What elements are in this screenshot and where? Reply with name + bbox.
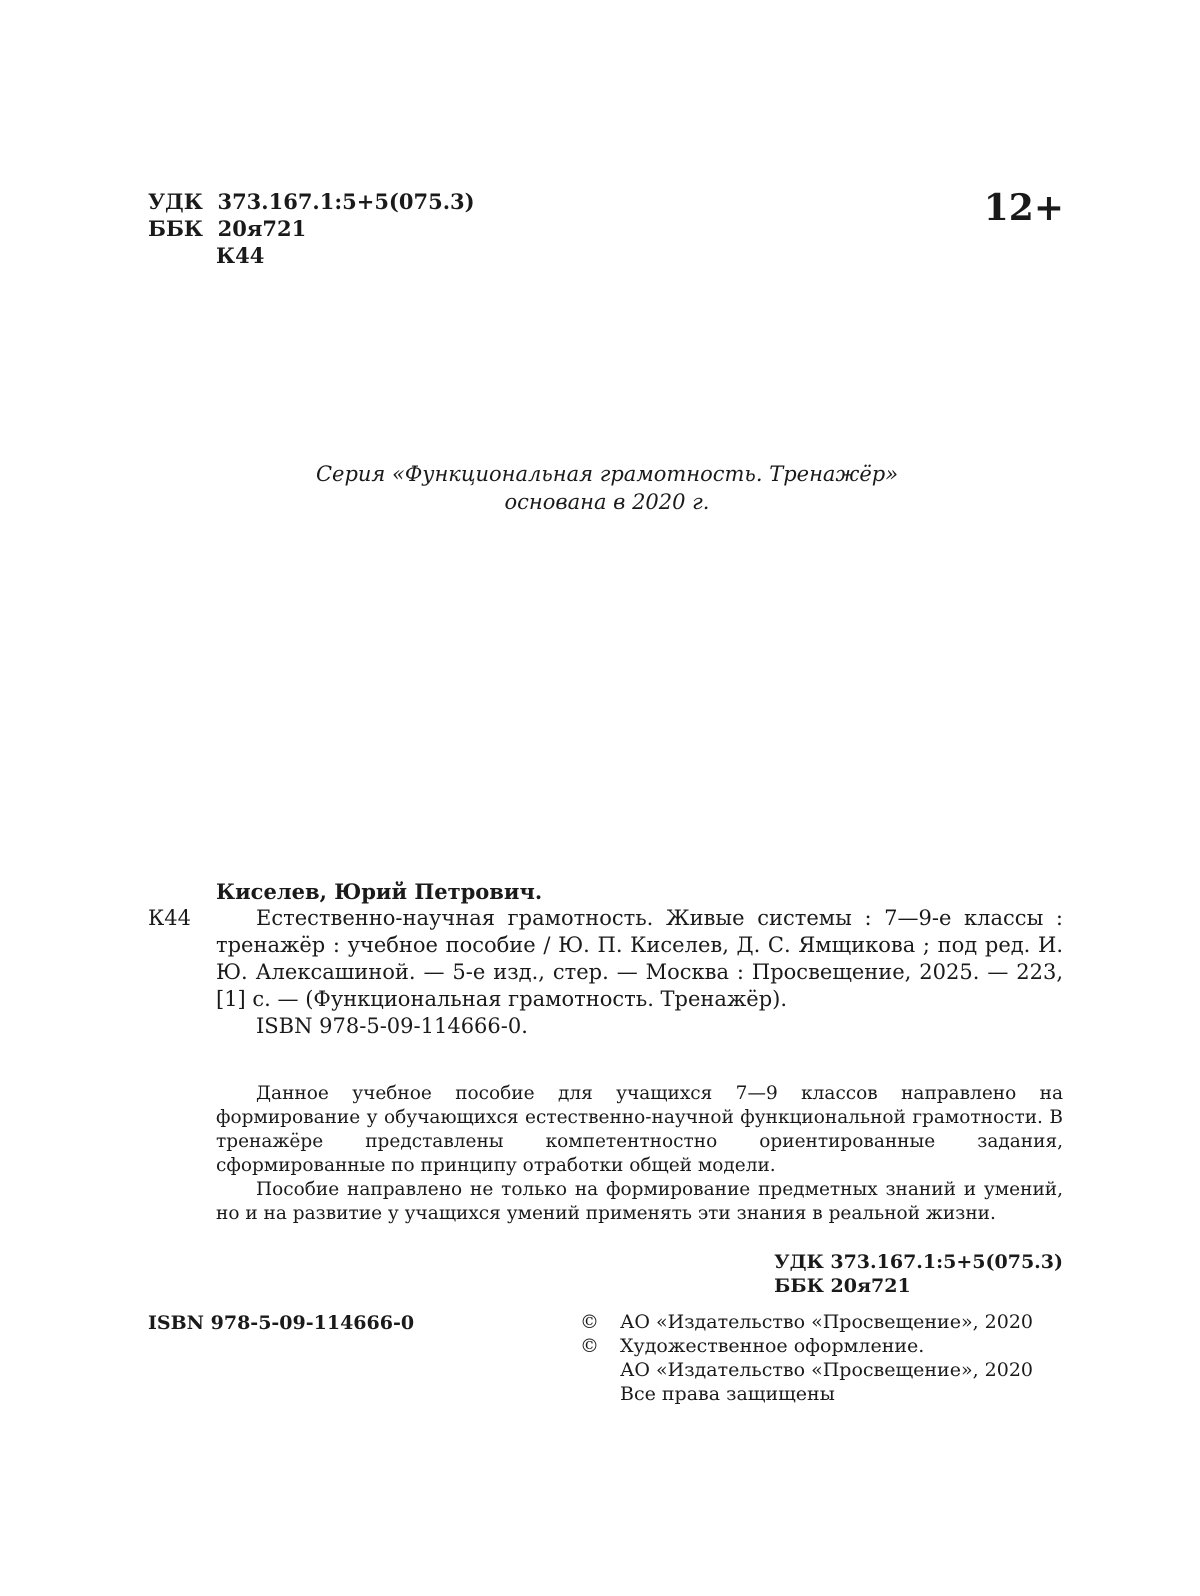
copyright-line: © Художественное оформление.: [580, 1334, 1070, 1358]
entry-isbn: ISBN 978-5-09-114666-0.: [148, 1013, 1063, 1040]
annotation-paragraph: Данное учебное пособие для учащихся 7—9 …: [216, 1082, 1063, 1178]
age-rating: 12+: [984, 188, 1064, 228]
classification-block: УДК 373.167.1:5+5(075.3) ББК 20я721: [774, 1250, 1063, 1298]
bbk-row: ББК 20я721: [148, 215, 475, 242]
udc-row: УДК 373.167.1:5+5(075.3): [148, 188, 475, 215]
series-line-1: Серия «Функциональная грамотность. Трена…: [0, 460, 1200, 488]
entry-description: Естественно-научная грамотность. Живые с…: [216, 905, 1063, 1013]
bbk-value: 20я721: [218, 216, 307, 241]
copyright-line: АО «Издательство «Просвещение», 2020: [580, 1358, 1070, 1382]
bbk-label: ББК: [148, 216, 203, 241]
series-line-2: основана в 2020 г.: [0, 488, 1200, 516]
entry-author-mark: К44: [148, 905, 216, 1013]
bbk-code: ББК 20я721: [774, 1274, 1063, 1298]
series-note: Серия «Функциональная грамотность. Трена…: [0, 460, 1200, 516]
annotation: Данное учебное пособие для учащихся 7—9 …: [216, 1082, 1063, 1226]
annotation-paragraph: Пособие направлено не только на формиров…: [216, 1178, 1063, 1226]
copyright-block: © АО «Издательство «Просвещение», 2020 ©…: [580, 1310, 1070, 1406]
copyright-icon: ©: [580, 1334, 620, 1358]
copyright-line: Все права защищены: [580, 1382, 1070, 1406]
udc-label: УДК: [148, 189, 203, 214]
footer-isbn: ISBN 978-5-09-114666-0: [148, 1312, 414, 1334]
copyright-line: © АО «Издательство «Просвещение», 2020: [580, 1310, 1070, 1334]
copyright-icon: ©: [580, 1310, 620, 1334]
bibliographic-entry: К44 Естественно-научная грамотность. Жив…: [148, 905, 1063, 1013]
udc-value: 373.167.1:5+5(075.3): [217, 189, 474, 214]
udc-code: УДК 373.167.1:5+5(075.3): [774, 1250, 1063, 1274]
classification-codes-header: УДК 373.167.1:5+5(075.3) ББК 20я721 К44: [148, 188, 475, 269]
author-heading: Киселев, Юрий Петрович.: [148, 878, 1063, 905]
bibliographic-record: Киселев, Юрий Петрович. К44 Естественно-…: [148, 878, 1063, 1040]
author-mark: К44: [148, 242, 475, 269]
